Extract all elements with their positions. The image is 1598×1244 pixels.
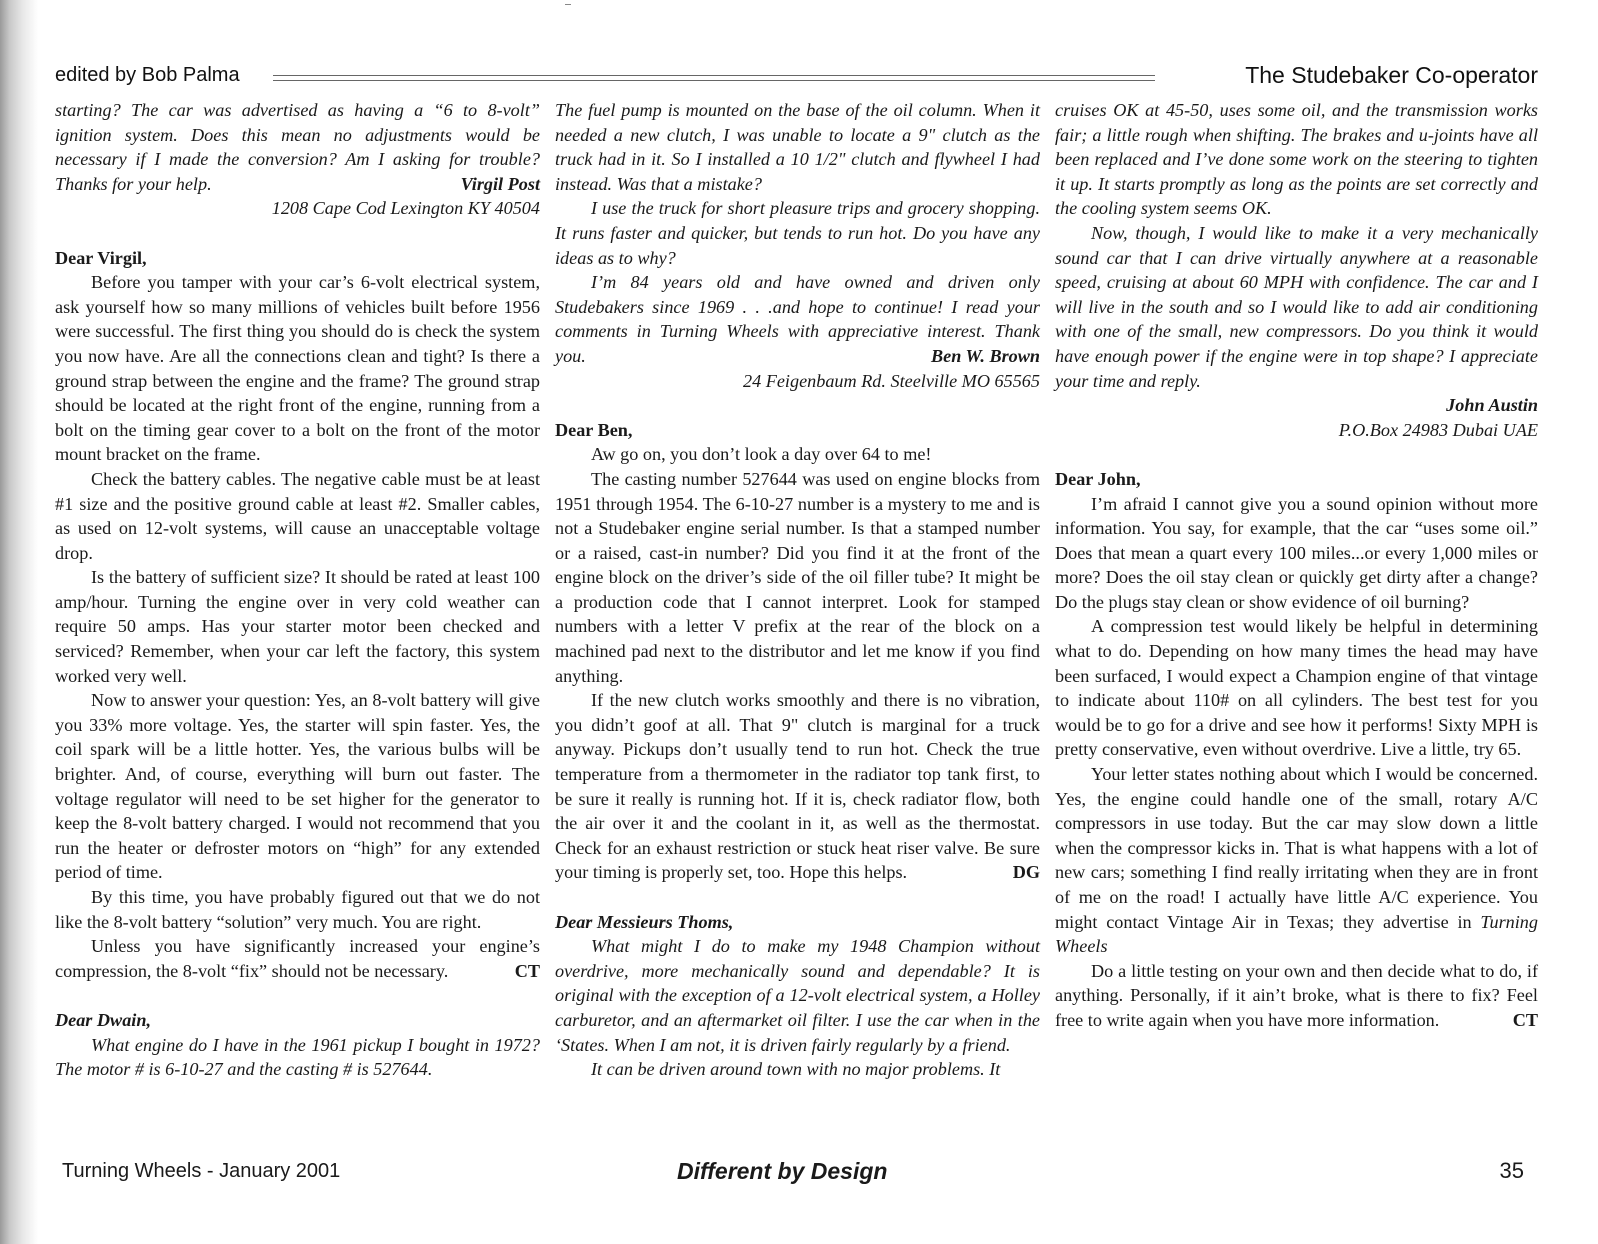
reply-paragraph: Is the battery of sufficient size? It sh… bbox=[55, 565, 540, 688]
letter-paragraph: Now, though, I would like to make it a v… bbox=[1055, 221, 1538, 393]
next-salutation: Dear Messieurs Thoms, bbox=[555, 910, 1040, 935]
page-footer: Turning Wheels - January 2001 Different … bbox=[62, 1160, 1524, 1190]
letter-paragraph: What might I do to make my 1948 Champion… bbox=[555, 934, 1040, 1057]
reply-paragraph: If the new clutch works smoothly and the… bbox=[555, 688, 1040, 885]
reply-paragraph: The casting number 527644 was used on en… bbox=[555, 467, 1040, 688]
letter-address: 1208 Cape Cod Lexington KY 40504 bbox=[55, 196, 540, 221]
reply-paragraph: By this time, you have probably figured … bbox=[55, 885, 540, 934]
reply-paragraph: Unless you have significantly increased … bbox=[55, 934, 540, 983]
reply-paragraph: Check the battery cables. The negative c… bbox=[55, 467, 540, 565]
letter-paragraph: It can be driven around town with no maj… bbox=[555, 1057, 1040, 1082]
column-2: The fuel pump is mounted on the base of … bbox=[555, 98, 1040, 1082]
letter-address: 24 Feigenbaum Rd. Steelville MO 65565 bbox=[555, 369, 1040, 394]
letter-address: P.O.Box 24983 Dubai UAE bbox=[1055, 418, 1538, 443]
page-binding-shadow bbox=[0, 0, 38, 1244]
column-1: starting? The car was advertised as havi… bbox=[55, 98, 540, 1082]
reply-paragraph: Your letter states nothing about which I… bbox=[1055, 762, 1538, 959]
header-column-title: The Studebaker Co-operator bbox=[1245, 62, 1538, 89]
header-double-rule bbox=[273, 75, 1155, 81]
reply-paragraph: A compression test would likely be helpf… bbox=[1055, 614, 1538, 762]
reply-initials: DG bbox=[977, 860, 1040, 885]
page-number: 35 bbox=[1500, 1158, 1524, 1184]
reply-paragraph: Aw go on, you don’t look a day over 64 t… bbox=[555, 442, 1040, 467]
reply-paragraph: Now to answer your question: Yes, an 8-v… bbox=[55, 688, 540, 885]
reply-salutation: Dear Virgil, bbox=[55, 246, 540, 271]
letter-dwain: What engine do I have in the 1961 pickup… bbox=[55, 1033, 540, 1082]
reply-salutation: Dear Ben, bbox=[555, 418, 1040, 443]
footer-slogan: Different by Design bbox=[677, 1158, 887, 1185]
letter-signature: John Austin bbox=[1446, 395, 1538, 415]
letter-signature: Ben W. Brown bbox=[931, 346, 1040, 366]
reply-paragraph: Do a little testing on your own and then… bbox=[1055, 959, 1538, 1033]
letter-paragraph: cruises OK at 45-50, uses some oil, and … bbox=[1055, 98, 1538, 221]
reply-paragraph: Before you tamper with your car’s 6-volt… bbox=[55, 270, 540, 467]
scan-mark bbox=[565, 4, 571, 5]
letter-signature: Virgil Post bbox=[461, 174, 540, 194]
letter-paragraph: I use the truck for short pleasure trips… bbox=[555, 196, 1040, 270]
next-salutation: Dear Dwain, bbox=[55, 1008, 540, 1033]
footer-issue: Turning Wheels - January 2001 bbox=[62, 1160, 340, 1183]
reply-paragraph: I’m afraid I cannot give you a sound opi… bbox=[1055, 492, 1538, 615]
page-header: edited by Bob Palma The Studebaker Co-op… bbox=[55, 64, 1538, 94]
reply-initials: CT bbox=[479, 959, 540, 984]
letter-paragraph: The fuel pump is mounted on the base of … bbox=[555, 98, 1040, 196]
reply-salutation: Dear John, bbox=[1055, 467, 1538, 492]
header-editor-credit: edited by Bob Palma bbox=[55, 64, 240, 87]
column-3: cruises OK at 45-50, uses some oil, and … bbox=[1055, 98, 1538, 1033]
reply-initials: CT bbox=[1477, 1008, 1538, 1033]
